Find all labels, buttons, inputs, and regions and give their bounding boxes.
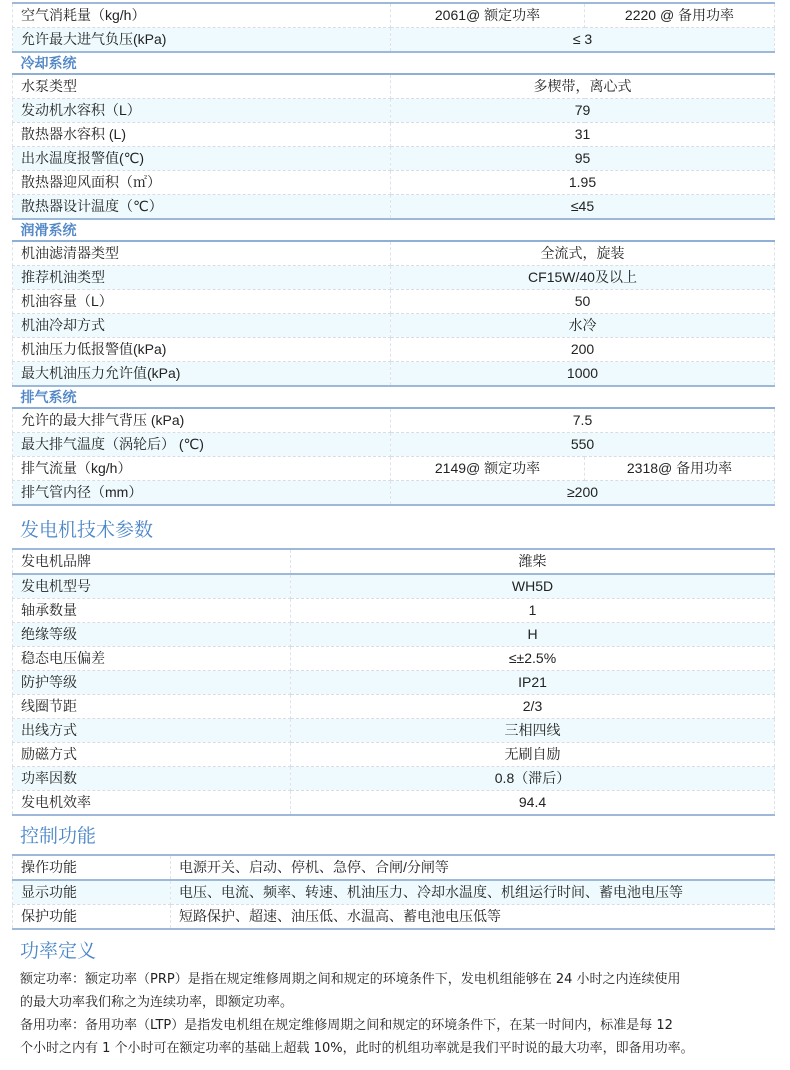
generator-heading: 发电机技术参数	[20, 515, 153, 542]
param-label: 允许的最大排气背压 (kPa)	[13, 408, 391, 433]
section-header-row: 排气系统	[13, 386, 775, 408]
param-label: 出水温度报警值(℃)	[13, 147, 391, 171]
prp-line-2: 的最大功率我们称之为连续功率，即额定功率。	[20, 991, 780, 1014]
section-title: 排气系统	[13, 386, 775, 408]
table-row: 机油滤清器类型全流式，旋装	[13, 241, 775, 266]
param-value: ≤±2.5%	[291, 647, 775, 671]
param-label: 发电机品牌	[13, 549, 291, 574]
table-row: 排气流量（kg/h）2149@ 额定功率2318@ 备用功率	[13, 457, 775, 481]
param-value: ≤45	[391, 195, 775, 220]
param-label: 出线方式	[13, 719, 291, 743]
param-value: 多楔带，离心式	[391, 74, 775, 99]
table-row: 机油容量（L）50	[13, 290, 775, 314]
param-label: 励磁方式	[13, 743, 291, 767]
param-value: ≥200	[391, 481, 775, 506]
table-row: 最大排气温度（涡轮后） (℃)550	[13, 433, 775, 457]
param-label: 线圈节距	[13, 695, 291, 719]
param-label: 机油容量（L）	[13, 290, 391, 314]
param-label: 绝缘等级	[13, 623, 291, 647]
param-value: 0.8（滞后）	[291, 767, 775, 791]
param-label: 散热器迎风面积（㎡）	[13, 171, 391, 195]
power-definition-text: 额定功率：额定功率（PRP）是指在规定维修周期之间和规定的环境条件下，发电机组能…	[20, 968, 780, 1060]
param-label: 发动机水容积（L）	[13, 99, 391, 123]
param-label: 发电机型号	[13, 574, 291, 599]
function-value: 电压、电流、频率、转速、机油压力、冷却水温度、机组运行时间、蓄电池电压等	[171, 880, 775, 905]
function-label: 保护功能	[13, 905, 171, 930]
param-label: 排气流量（kg/h）	[13, 457, 391, 481]
param-value: 95	[391, 147, 775, 171]
table-row: 稳态电压偏差≤±2.5%	[13, 647, 775, 671]
table-row: 防护等级IP21	[13, 671, 775, 695]
table-row: 机油压力低报警值(kPa)200	[13, 338, 775, 362]
table-row: 出线方式三相四线	[13, 719, 775, 743]
table-row: 发电机效率94.4	[13, 791, 775, 816]
standby-power-value: 2220 @ 备用功率	[585, 3, 775, 28]
param-label: 发电机效率	[13, 791, 291, 816]
table-row: 机油冷却方式水冷	[13, 314, 775, 338]
table-row: 功率因数0.8（滞后）	[13, 767, 775, 791]
control-heading: 控制功能	[20, 821, 96, 848]
param-value: 潍柴	[291, 549, 775, 574]
param-value: ≤ 3	[391, 28, 775, 53]
function-value: 电源开关、启动、停机、急停、合闸/分闸等	[171, 855, 775, 880]
table-row: 操作功能电源开关、启动、停机、急停、合闸/分闸等	[13, 855, 775, 880]
table-row: 散热器水容积 (L)31	[13, 123, 775, 147]
table-row: 励磁方式无刷自励	[13, 743, 775, 767]
param-label: 空气消耗量（kg/h）	[13, 3, 391, 28]
table-row: 散热器迎风面积（㎡）1.95	[13, 171, 775, 195]
param-value: 200	[391, 338, 775, 362]
table-row: 发电机型号WH5D	[13, 574, 775, 599]
power-definition-heading: 功率定义	[20, 936, 96, 963]
table-row: 推荐机油类型CF15W/40及以上	[13, 266, 775, 290]
param-value: 1	[291, 599, 775, 623]
engine-spec-table: 空气消耗量（kg/h）2061@ 额定功率2220 @ 备用功率允许最大进气负压…	[12, 2, 774, 506]
param-label: 散热器设计温度（℃）	[13, 195, 391, 220]
param-label: 最大排气温度（涡轮后） (℃)	[13, 433, 391, 457]
table-row: 绝缘等级H	[13, 623, 775, 647]
param-label: 机油压力低报警值(kPa)	[13, 338, 391, 362]
table-row: 轴承数量1	[13, 599, 775, 623]
param-value: 三相四线	[291, 719, 775, 743]
standby-power-value: 2318@ 备用功率	[585, 457, 775, 481]
table-row: 显示功能电压、电流、频率、转速、机油压力、冷却水温度、机组运行时间、蓄电池电压等	[13, 880, 775, 905]
table-row: 线圈节距2/3	[13, 695, 775, 719]
table-row: 允许的最大排气背压 (kPa)7.5	[13, 408, 775, 433]
function-value: 短路保护、超速、油压低、水温高、蓄电池电压低等	[171, 905, 775, 930]
rated-power-value: 2061@ 额定功率	[391, 3, 585, 28]
function-label: 显示功能	[13, 880, 171, 905]
table-row: 水泵类型多楔带，离心式	[13, 74, 775, 99]
param-value: IP21	[291, 671, 775, 695]
param-label: 允许最大进气负压(kPa)	[13, 28, 391, 53]
section-title: 冷却系统	[13, 52, 775, 74]
rated-power-value: 2149@ 额定功率	[391, 457, 585, 481]
generator-spec-table: 发电机品牌潍柴发电机型号WH5D轴承数量1绝缘等级H稳态电压偏差≤±2.5%防护…	[12, 548, 774, 816]
param-value: 1000	[391, 362, 775, 387]
table-row: 散热器设计温度（℃）≤45	[13, 195, 775, 220]
param-value: CF15W/40及以上	[391, 266, 775, 290]
table-row: 空气消耗量（kg/h）2061@ 额定功率2220 @ 备用功率	[13, 3, 775, 28]
table-row: 允许最大进气负压(kPa)≤ 3	[13, 28, 775, 53]
table-row: 发电机品牌潍柴	[13, 549, 775, 574]
param-value: 1.95	[391, 171, 775, 195]
param-label: 排气管内径（mm）	[13, 481, 391, 506]
param-label: 机油冷却方式	[13, 314, 391, 338]
section-header-row: 润滑系统	[13, 219, 775, 241]
control-function-table: 操作功能电源开关、启动、停机、急停、合闸/分闸等显示功能电压、电流、频率、转速、…	[12, 854, 774, 930]
table-row: 出水温度报警值(℃)95	[13, 147, 775, 171]
param-value: 50	[391, 290, 775, 314]
ltp-line-2: 个小时之内有 1 个小时可在额定功率的基础上超载 10%，此时的机组功率就是我们…	[20, 1037, 780, 1060]
table-row: 最大机油压力允许值(kPa)1000	[13, 362, 775, 387]
param-label: 水泵类型	[13, 74, 391, 99]
table-row: 发动机水容积（L）79	[13, 99, 775, 123]
param-label: 机油滤清器类型	[13, 241, 391, 266]
prp-line-1: 额定功率：额定功率（PRP）是指在规定维修周期之间和规定的环境条件下，发电机组能…	[20, 968, 780, 991]
param-label: 推荐机油类型	[13, 266, 391, 290]
param-value: 2/3	[291, 695, 775, 719]
param-value: 550	[391, 433, 775, 457]
param-label: 防护等级	[13, 671, 291, 695]
param-label: 功率因数	[13, 767, 291, 791]
param-label: 散热器水容积 (L)	[13, 123, 391, 147]
param-value: 31	[391, 123, 775, 147]
table-row: 保护功能短路保护、超速、油压低、水温高、蓄电池电压低等	[13, 905, 775, 930]
function-label: 操作功能	[13, 855, 171, 880]
param-value: 无刷自励	[291, 743, 775, 767]
param-value: 79	[391, 99, 775, 123]
param-value: H	[291, 623, 775, 647]
table-row: 排气管内径（mm）≥200	[13, 481, 775, 506]
param-value: 水冷	[391, 314, 775, 338]
param-label: 最大机油压力允许值(kPa)	[13, 362, 391, 387]
param-value: 94.4	[291, 791, 775, 816]
param-value: WH5D	[291, 574, 775, 599]
ltp-line-1: 备用功率：备用功率（LTP）是指发电机组在规定维修周期之间和规定的环境条件下，在…	[20, 1014, 780, 1037]
section-title: 润滑系统	[13, 219, 775, 241]
param-value: 7.5	[391, 408, 775, 433]
section-header-row: 冷却系统	[13, 52, 775, 74]
param-value: 全流式，旋装	[391, 241, 775, 266]
param-label: 稳态电压偏差	[13, 647, 291, 671]
param-label: 轴承数量	[13, 599, 291, 623]
